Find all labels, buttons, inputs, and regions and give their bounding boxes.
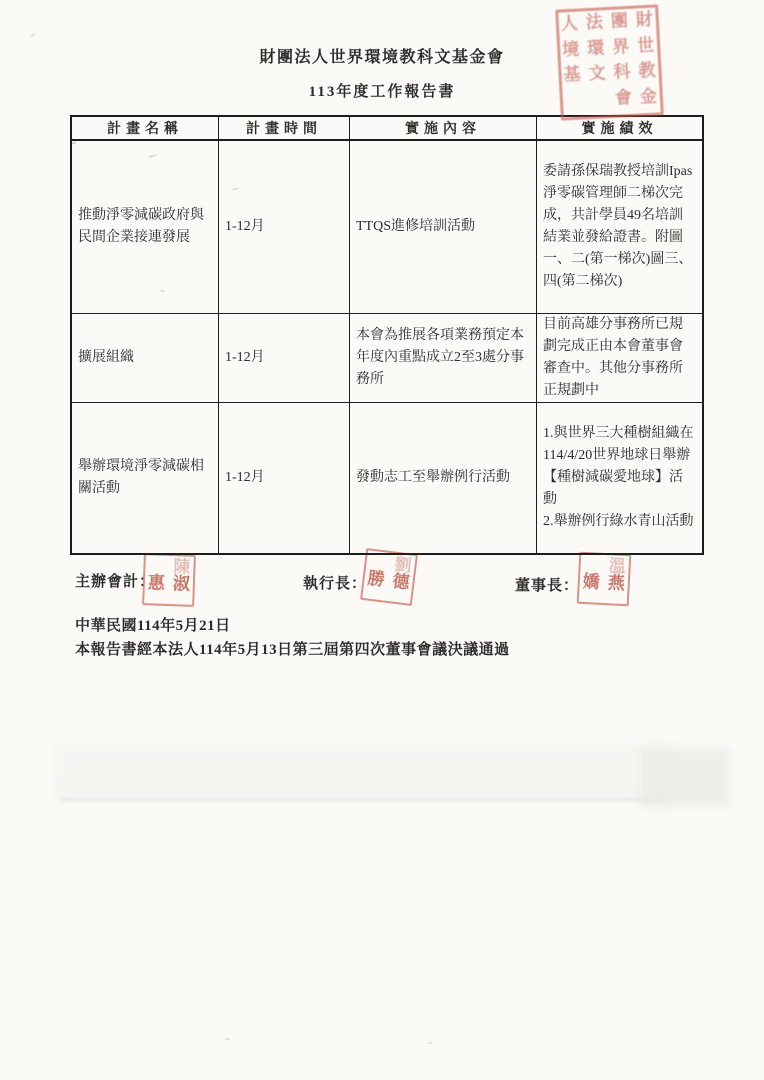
scan-bleedthrough-band [55, 742, 675, 800]
row2-content: 本會為推展各項業務預定本年度內重點成立2至3處分事務所 [350, 314, 537, 403]
foundation-seal-stamp: 財團法人 世界環境 教科文基 金會 [555, 4, 664, 120]
col-header-performance: 實施績效 [537, 117, 702, 141]
scanned-report-page: 財團法人世界環境教科文基金會 113年度工作報告書 財團法人 世界環境 教科文基… [0, 0, 764, 1080]
ceo-name-stamp: 劉 德勝 [360, 548, 418, 606]
col-header-content: 實施內容 [350, 117, 537, 141]
row2-performance: 目前高雄分事務所已規劃完成正由本會董事會審查中。其他分事務所正規劃中 [537, 314, 702, 403]
ceo-label: 執行長： [303, 572, 367, 593]
chairman-name-stamp: 溫 燕嬌 [577, 552, 632, 607]
scan-speck [30, 32, 36, 37]
report-date: 中華民國114年5月21日 [75, 614, 231, 635]
ceo-stamp-given-name: 德勝 [363, 568, 412, 602]
row3-plan-name: 舉辦環境淨零減碳相關活動 [72, 403, 219, 553]
row1-plan-name: 推動淨零減碳政府與民間企業接連發展 [72, 141, 219, 314]
accountant-stamp-given-name: 淑惠 [145, 573, 192, 604]
row3-performance: 1.與世界三大種樹組織在114/4/20世界地球日舉辦【種樹減碳愛地球】活動 2… [537, 403, 702, 553]
row3-content: 發動志工至舉辦例行活動 [350, 403, 537, 553]
scan-speck [428, 1042, 433, 1044]
row1-plan-time: 1-12月 [219, 141, 350, 314]
row3-plan-time: 1-12月 [219, 403, 350, 553]
chairman-stamp-given-name: 燕嬌 [580, 572, 627, 603]
row2-plan-name: 擴展組織 [72, 314, 219, 403]
work-report-table: 計畫名稱 計畫時間 實施內容 實施績效 推動淨零減碳政府與民間企業接連發展 1-… [70, 115, 704, 555]
row1-content: TTQS進修培訓活動 [350, 141, 537, 314]
seal-column-4: 金會 [563, 86, 659, 115]
board-approval-note: 本報告書經本法人114年5月13日第三屆第四次董事會議決議通過 [75, 638, 510, 659]
accountant-stamp-surname: 陳 [146, 556, 193, 575]
row2-plan-time: 1-12月 [219, 314, 350, 403]
row1-performance: 委請孫保瑞教授培訓Ipas淨零碳管理師二梯次完成，共計學員49名培訓結業並發給證… [537, 141, 702, 314]
col-header-plan-name: 計畫名稱 [72, 117, 219, 141]
scan-bleedthrough-line [60, 798, 670, 801]
accountant-name-stamp: 陳 淑惠 [142, 553, 196, 607]
scan-bleedthrough-corner [640, 748, 730, 808]
chairman-label: 董事長： [515, 574, 579, 595]
col-header-plan-time: 計畫時間 [219, 117, 350, 141]
scan-speck [225, 1038, 230, 1040]
